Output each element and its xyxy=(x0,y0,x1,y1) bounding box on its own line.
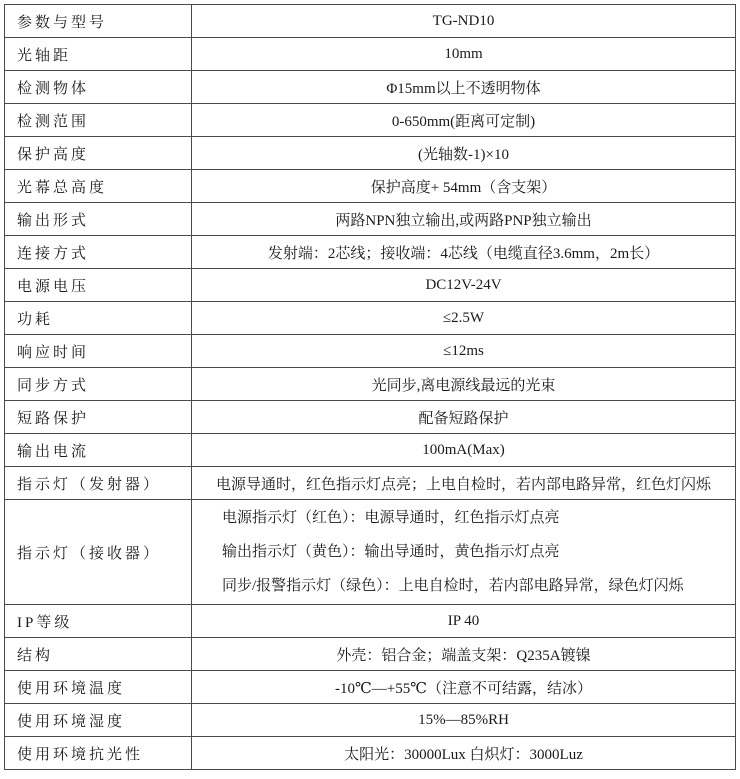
param-label: 功耗 xyxy=(5,302,192,335)
table-row: 电源电压 DC12V-24V xyxy=(5,269,736,302)
param-label: 电源电压 xyxy=(5,269,192,302)
param-value: 保护高度+ 54mm（含支架） xyxy=(192,170,736,203)
param-label: IP等级 xyxy=(5,605,192,638)
param-value: 太阳光：30000Lux 白炽灯：3000Luz xyxy=(192,737,736,770)
table-row: 保护高度 (光轴数-1)×10 xyxy=(5,137,736,170)
param-value: 电源指示灯（红色）：电源导通时，红色指示灯点亮 输出指示灯（黄色）：输出导通时，… xyxy=(192,500,736,605)
param-label: 指示灯（发射器） xyxy=(5,467,192,500)
table-row: 指示灯（接收器） 电源指示灯（红色）：电源导通时，红色指示灯点亮 输出指示灯（黄… xyxy=(5,500,736,605)
indicator-line-output: 输出指示灯（黄色）：输出导通时，黄色指示灯点亮 xyxy=(222,535,731,569)
param-label: 参数与型号 xyxy=(5,5,192,38)
param-label: 检测物体 xyxy=(5,71,192,104)
param-value: 外壳：铝合金；端盖支架：Q235A镀镍 xyxy=(192,638,736,671)
table-row: 指示灯（发射器） 电源导通时，红色指示灯点亮；上电自检时，若内部电路异常，红色灯… xyxy=(5,467,736,500)
param-value: 0-650mm(距离可定制) xyxy=(192,104,736,137)
indicator-line-sync-alarm: 同步/报警指示灯（绿色）：上电自检时，若内部电路异常，绿色灯闪烁 xyxy=(222,569,731,603)
table-row: 输出形式 两路NPN独立输出,或两路PNP独立输出 xyxy=(5,203,736,236)
param-value: 15%—85%RH xyxy=(192,704,736,737)
spec-table: 参数与型号 TG-ND10 光轴距 10mm 检测物体 Φ15mm以上不透明物体… xyxy=(4,4,736,770)
param-value: Φ15mm以上不透明物体 xyxy=(192,71,736,104)
param-label: 使用环境湿度 xyxy=(5,704,192,737)
indicator-line-power: 电源指示灯（红色）：电源导通时，红色指示灯点亮 xyxy=(222,501,731,535)
table-row: 检测物体 Φ15mm以上不透明物体 xyxy=(5,71,736,104)
param-label: 结构 xyxy=(5,638,192,671)
param-label: 短路保护 xyxy=(5,401,192,434)
param-value: 两路NPN独立输出,或两路PNP独立输出 xyxy=(192,203,736,236)
param-value: 光同步,离电源线最远的光束 xyxy=(192,368,736,401)
table-row: 连接方式 发射端：2芯线；接收端：4芯线（电缆直径3.6mm，2m长） xyxy=(5,236,736,269)
param-value: -10℃—+55℃（注意不可结露，结冰） xyxy=(192,671,736,704)
param-label: 光轴距 xyxy=(5,38,192,71)
param-label: 同步方式 xyxy=(5,368,192,401)
param-value: 100mA(Max) xyxy=(192,434,736,467)
param-value: TG-ND10 xyxy=(192,5,736,38)
table-row: 检测范围 0-650mm(距离可定制) xyxy=(5,104,736,137)
param-label: 使用环境抗光性 xyxy=(5,737,192,770)
param-label: 指示灯（接收器） xyxy=(5,500,192,605)
param-label: 光幕总高度 xyxy=(5,170,192,203)
param-label: 连接方式 xyxy=(5,236,192,269)
param-value: 配备短路保护 xyxy=(192,401,736,434)
table-row: 使用环境抗光性 太阳光：30000Lux 白炽灯：3000Luz xyxy=(5,737,736,770)
param-value: IP 40 xyxy=(192,605,736,638)
param-label: 使用环境温度 xyxy=(5,671,192,704)
param-value: ≤12ms xyxy=(192,335,736,368)
table-row: 光轴距 10mm xyxy=(5,38,736,71)
param-label: 输出形式 xyxy=(5,203,192,236)
param-value: (光轴数-1)×10 xyxy=(192,137,736,170)
table-row: 同步方式 光同步,离电源线最远的光束 xyxy=(5,368,736,401)
table-row: 光幕总高度 保护高度+ 54mm（含支架） xyxy=(5,170,736,203)
param-label: 保护高度 xyxy=(5,137,192,170)
spec-sheet-page: 参数与型号 TG-ND10 光轴距 10mm 检测物体 Φ15mm以上不透明物体… xyxy=(0,0,740,779)
table-row: 短路保护 配备短路保护 xyxy=(5,401,736,434)
param-label: 响应时间 xyxy=(5,335,192,368)
param-value: DC12V-24V xyxy=(192,269,736,302)
param-label: 检测范围 xyxy=(5,104,192,137)
param-label: 输出电流 xyxy=(5,434,192,467)
table-row: 结构 外壳：铝合金；端盖支架：Q235A镀镍 xyxy=(5,638,736,671)
param-value: 发射端：2芯线；接收端：4芯线（电缆直径3.6mm，2m长） xyxy=(192,236,736,269)
table-row: 输出电流 100mA(Max) xyxy=(5,434,736,467)
param-value: 10mm xyxy=(192,38,736,71)
table-row: 响应时间 ≤12ms xyxy=(5,335,736,368)
table-row: 功耗 ≤2.5W xyxy=(5,302,736,335)
param-value: 电源导通时，红色指示灯点亮；上电自检时，若内部电路异常，红色灯闪烁 xyxy=(192,467,736,500)
table-row: 使用环境温度 -10℃—+55℃（注意不可结露，结冰） xyxy=(5,671,736,704)
param-value: ≤2.5W xyxy=(192,302,736,335)
table-row: 参数与型号 TG-ND10 xyxy=(5,5,736,38)
table-row: IP等级 IP 40 xyxy=(5,605,736,638)
table-row: 使用环境湿度 15%—85%RH xyxy=(5,704,736,737)
